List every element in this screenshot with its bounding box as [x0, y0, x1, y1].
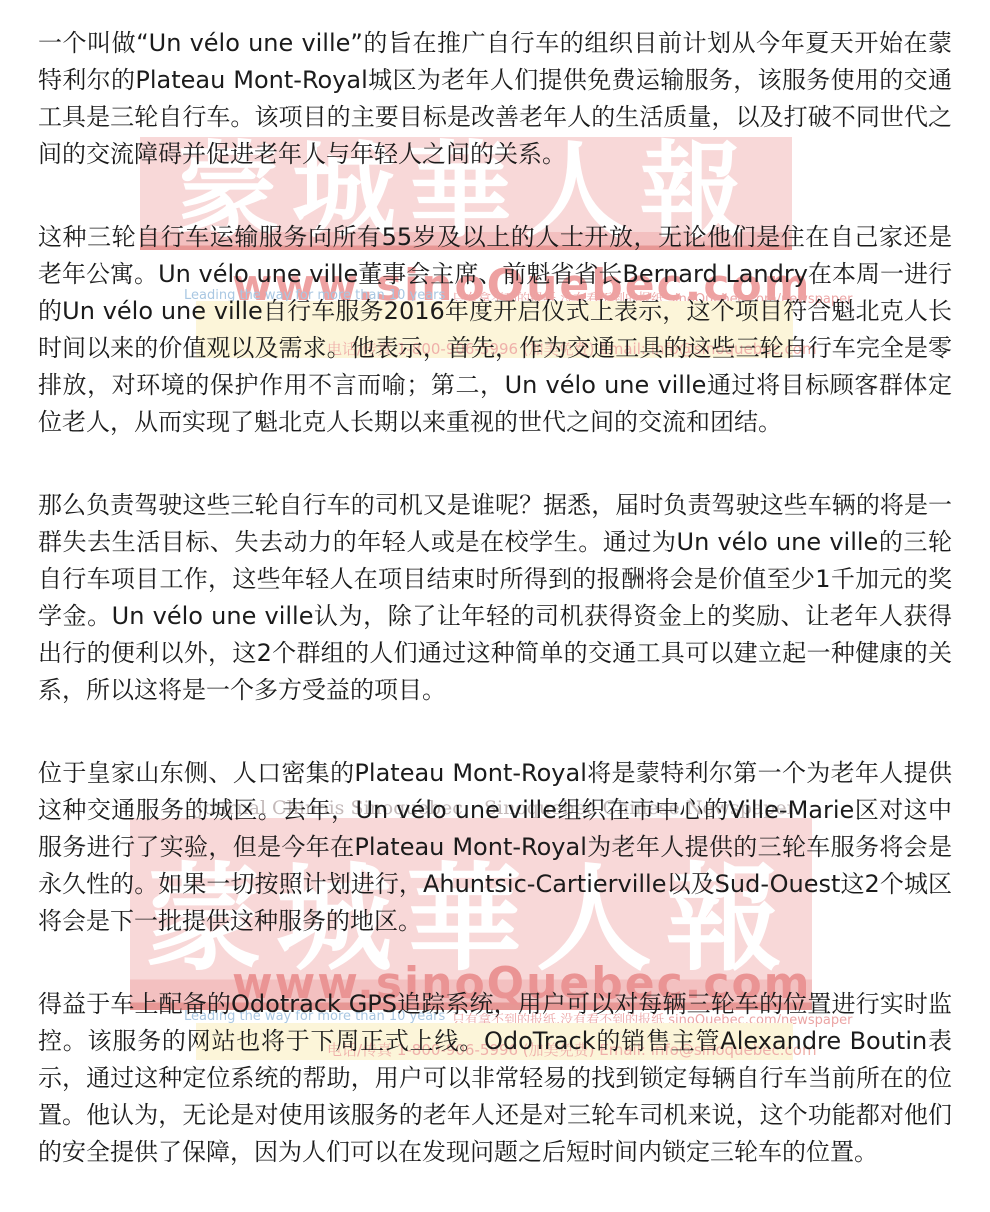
article-paragraph: 一个叫做“Un vélo une ville”的旨在推广自行车的组织目前计划从今…	[38, 25, 952, 173]
article-body: 一个叫做“Un vélo une ville”的旨在推广自行车的组织目前计划从今…	[0, 0, 990, 1171]
article-paragraph: 位于皇家山东侧、人口密集的Plateau Mont-Royal将是蒙特利尔第一个…	[38, 755, 952, 940]
article-paragraph: 这种三轮自行车运输服务向所有55岁及以上的人士开放，无论他们是住在自己家还是老年…	[38, 219, 952, 441]
article-paragraph: 得益于车上配备的Odotrack GPS追踪系统，用户可以对每辆三轮车的位置进行…	[38, 986, 952, 1171]
article-paragraph: 那么负责驾驶这些三轮自行车的司机又是谁呢？据悉，届时负责驾驶这些车辆的将是一群失…	[38, 487, 952, 709]
